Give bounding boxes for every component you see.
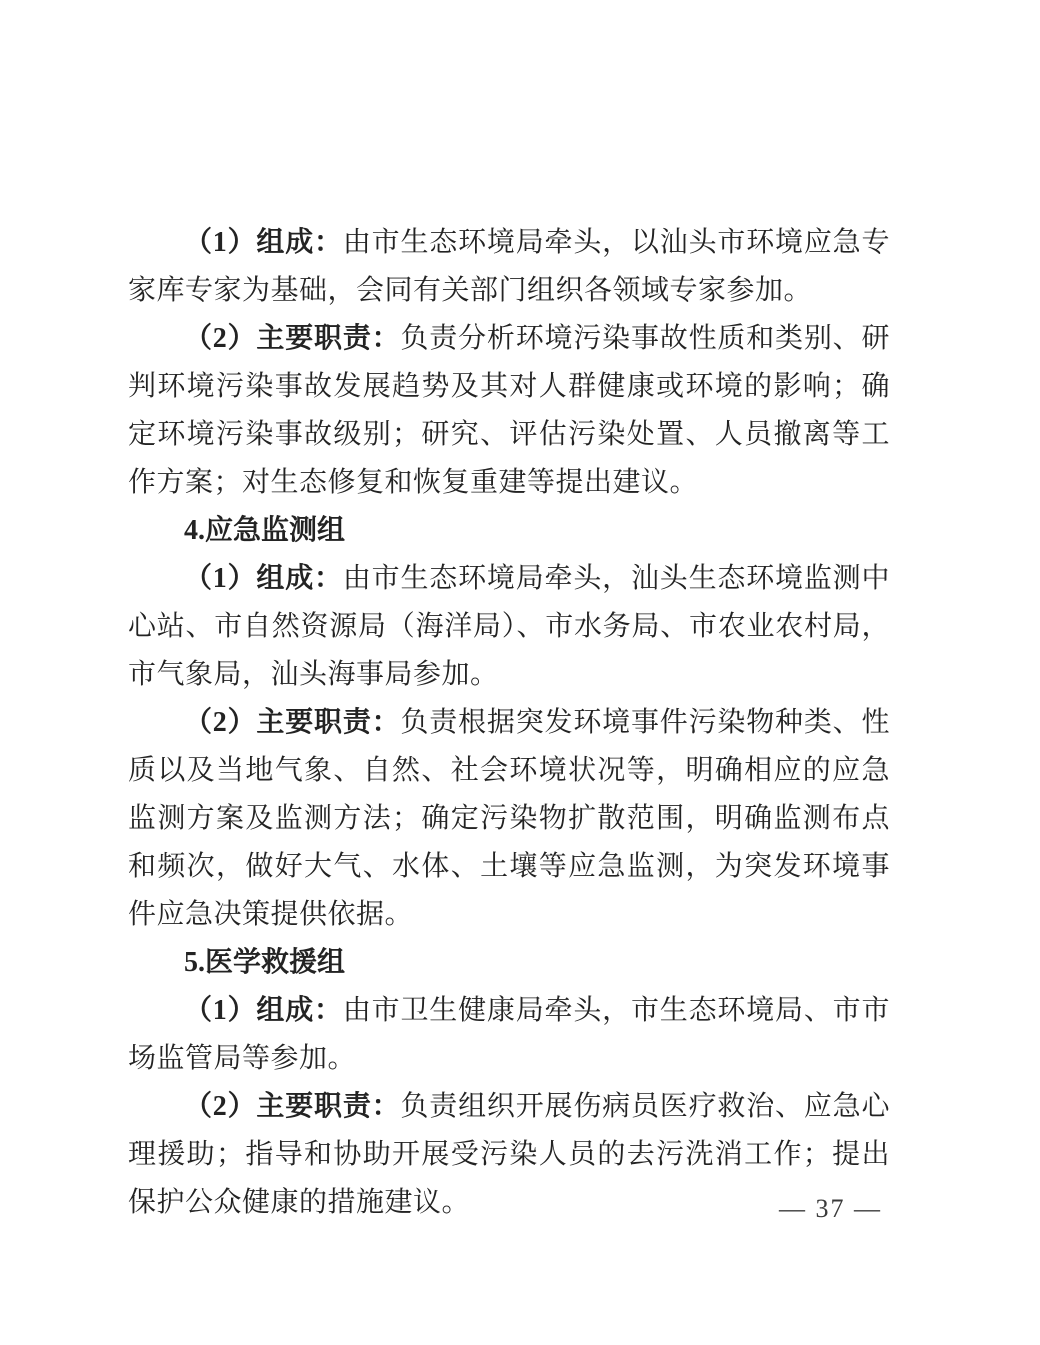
document-body: （1）组成：由市生态环境局牵头，以汕头市环境应急专家库专家为基础，会同有关部门组… [128,219,890,1227]
paragraph-bold-label: （2）主要职责： [184,323,401,354]
paragraph-composition-monitoring-group: （1）组成：由市生态环境局牵头，汕头生态环境监测中心站、市自然资源局（海洋局）、… [128,555,890,699]
paragraph-bold-label: （1）组成： [184,995,343,1026]
paragraph-duties-expert-group: （2）主要职责：负责分析环境污染事故性质和类别、研判环境污染事故发展趋势及其对人… [128,315,890,507]
paragraph-composition-expert-group: （1）组成：由市生态环境局牵头，以汕头市环境应急专家库专家为基础，会同有关部门组… [128,219,890,315]
document-page: （1）组成：由市生态环境局牵头，以汕头市环境应急专家库专家为基础，会同有关部门组… [0,0,1040,1345]
paragraph-bold-label: （2）主要职责： [184,1091,401,1122]
section-heading-emergency-monitoring-group: 4.应急监测组 [128,507,890,555]
paragraph-text: 负责根据突发环境事件污染物种类、性质以及当地气象、自然、社会环境状况等，明确相应… [128,707,890,930]
paragraph-bold-label: （1）组成： [184,563,343,594]
paragraph-bold-label: （1）组成： [184,227,343,258]
section-heading-medical-rescue-group: 5.医学救援组 [128,939,890,987]
paragraph-composition-medical-group: （1）组成：由市卫生健康局牵头，市生态环境局、市市场监管局等参加。 [128,987,890,1083]
paragraph-bold-label: （2）主要职责： [184,707,401,738]
paragraph-duties-medical-group: （2）主要职责：负责组织开展伤病员医疗救治、应急心理援助；指导和协助开展受污染人… [128,1083,890,1227]
paragraph-duties-monitoring-group: （2）主要职责：负责根据突发环境事件污染物种类、性质以及当地气象、自然、社会环境… [128,699,890,939]
page-number: — 37 — [779,1192,882,1226]
